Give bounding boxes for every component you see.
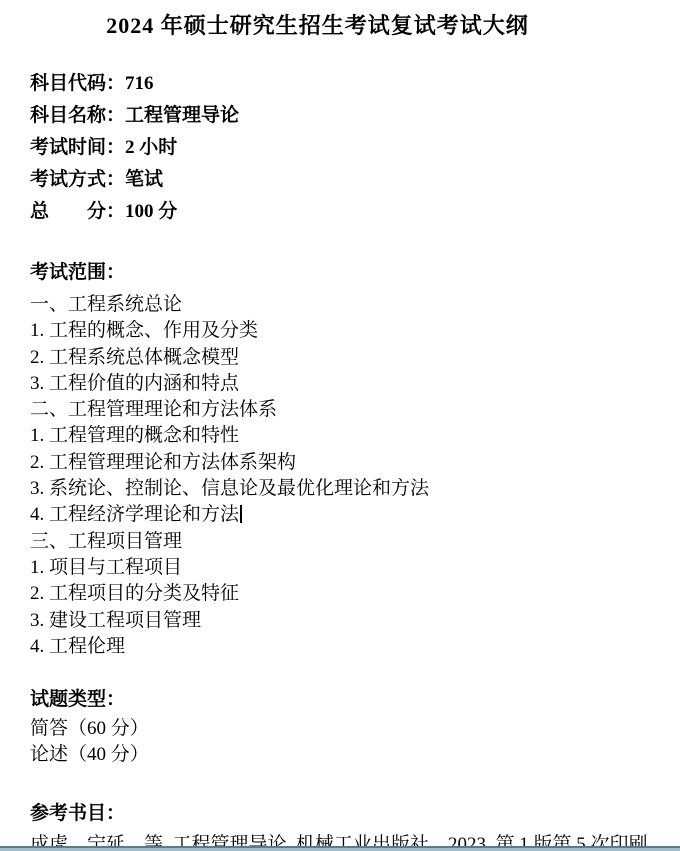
window-bottom-edge	[0, 846, 680, 851]
total-score-line: 总 分：100 分	[30, 196, 650, 228]
scope-item: 2. 工程系统总体概念模型	[30, 345, 650, 371]
subject-code-line: 科目代码：716	[30, 68, 650, 100]
scope-item-text: 4. 工程经济学理论和方法	[30, 504, 239, 525]
document-title: 2024 年硕士研究生招生考试复试考试大纲	[30, 13, 650, 39]
document-edit-area[interactable]: 2024 年硕士研究生招生考试复试考试大纲 科目代码：716 科目名称：工程管理…	[0, 0, 680, 846]
question-types-list: 简答（60 分） 论述（40 分）	[30, 716, 650, 769]
exam-duration-line: 考试时间：2 小时	[30, 132, 650, 164]
scope-item: 3. 建设工程项目管理	[30, 608, 650, 634]
exam-format-line: 考试方式：笔试	[30, 164, 650, 196]
scope-item: 3. 工程价值的内涵和特点	[30, 371, 650, 397]
scope-item: 三、工程项目管理	[30, 529, 650, 555]
scope-item: 3. 系统论、控制论、信息论及最优化理论和方法	[30, 476, 650, 502]
scope-item: 4. 工程伦理	[30, 634, 650, 660]
scope-item: 2. 工程管理理论和方法体系架构	[30, 450, 650, 476]
subject-name-line: 科目名称：工程管理导论	[30, 100, 650, 132]
question-type-item: 简答（60 分）	[30, 716, 650, 742]
text-cursor	[240, 505, 242, 523]
scope-item: 1. 工程管理的概念和特性	[30, 423, 650, 449]
scope-item: 1. 项目与工程项目	[30, 555, 650, 581]
question-types-heading: 试题类型：	[30, 687, 650, 713]
references-list: 成虎，宁延，等. 工程管理导论. 机械工业出版社，2023. 第 1 版第 5 …	[30, 832, 650, 846]
scope-item-with-cursor: 4. 工程经济学理论和方法	[30, 502, 650, 528]
scope-item: 2. 工程项目的分类及特征	[30, 581, 650, 607]
references-heading: 参考书目：	[30, 801, 650, 827]
exam-scope-heading: 考试范围：	[30, 260, 650, 286]
scope-item: 一、工程系统总论	[30, 292, 650, 318]
question-type-item: 论述（40 分）	[30, 742, 650, 768]
scope-item: 二、工程管理理论和方法体系	[30, 397, 650, 423]
reference-item: 成虎，宁延，等. 工程管理导论. 机械工业出版社，2023. 第 1 版第 5 …	[30, 832, 650, 846]
subject-meta-block: 科目代码：716 科目名称：工程管理导论 考试时间：2 小时 考试方式：笔试 总…	[30, 68, 650, 228]
exam-scope-list: 一、工程系统总论 1. 工程的概念、作用及分类 2. 工程系统总体概念模型 3.…	[30, 292, 650, 660]
scope-item: 1. 工程的概念、作用及分类	[30, 318, 650, 344]
